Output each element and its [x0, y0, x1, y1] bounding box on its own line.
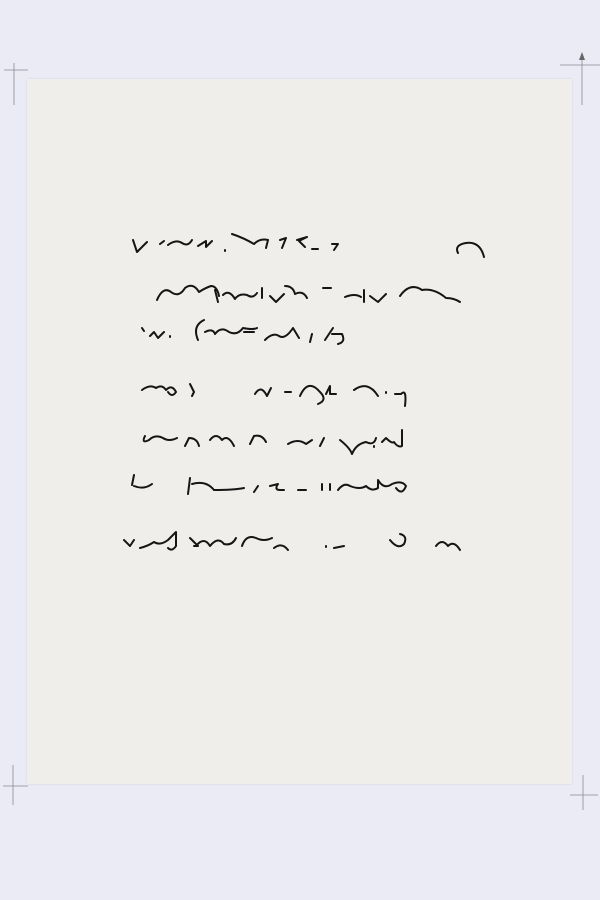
asemic-text: [0, 0, 600, 900]
